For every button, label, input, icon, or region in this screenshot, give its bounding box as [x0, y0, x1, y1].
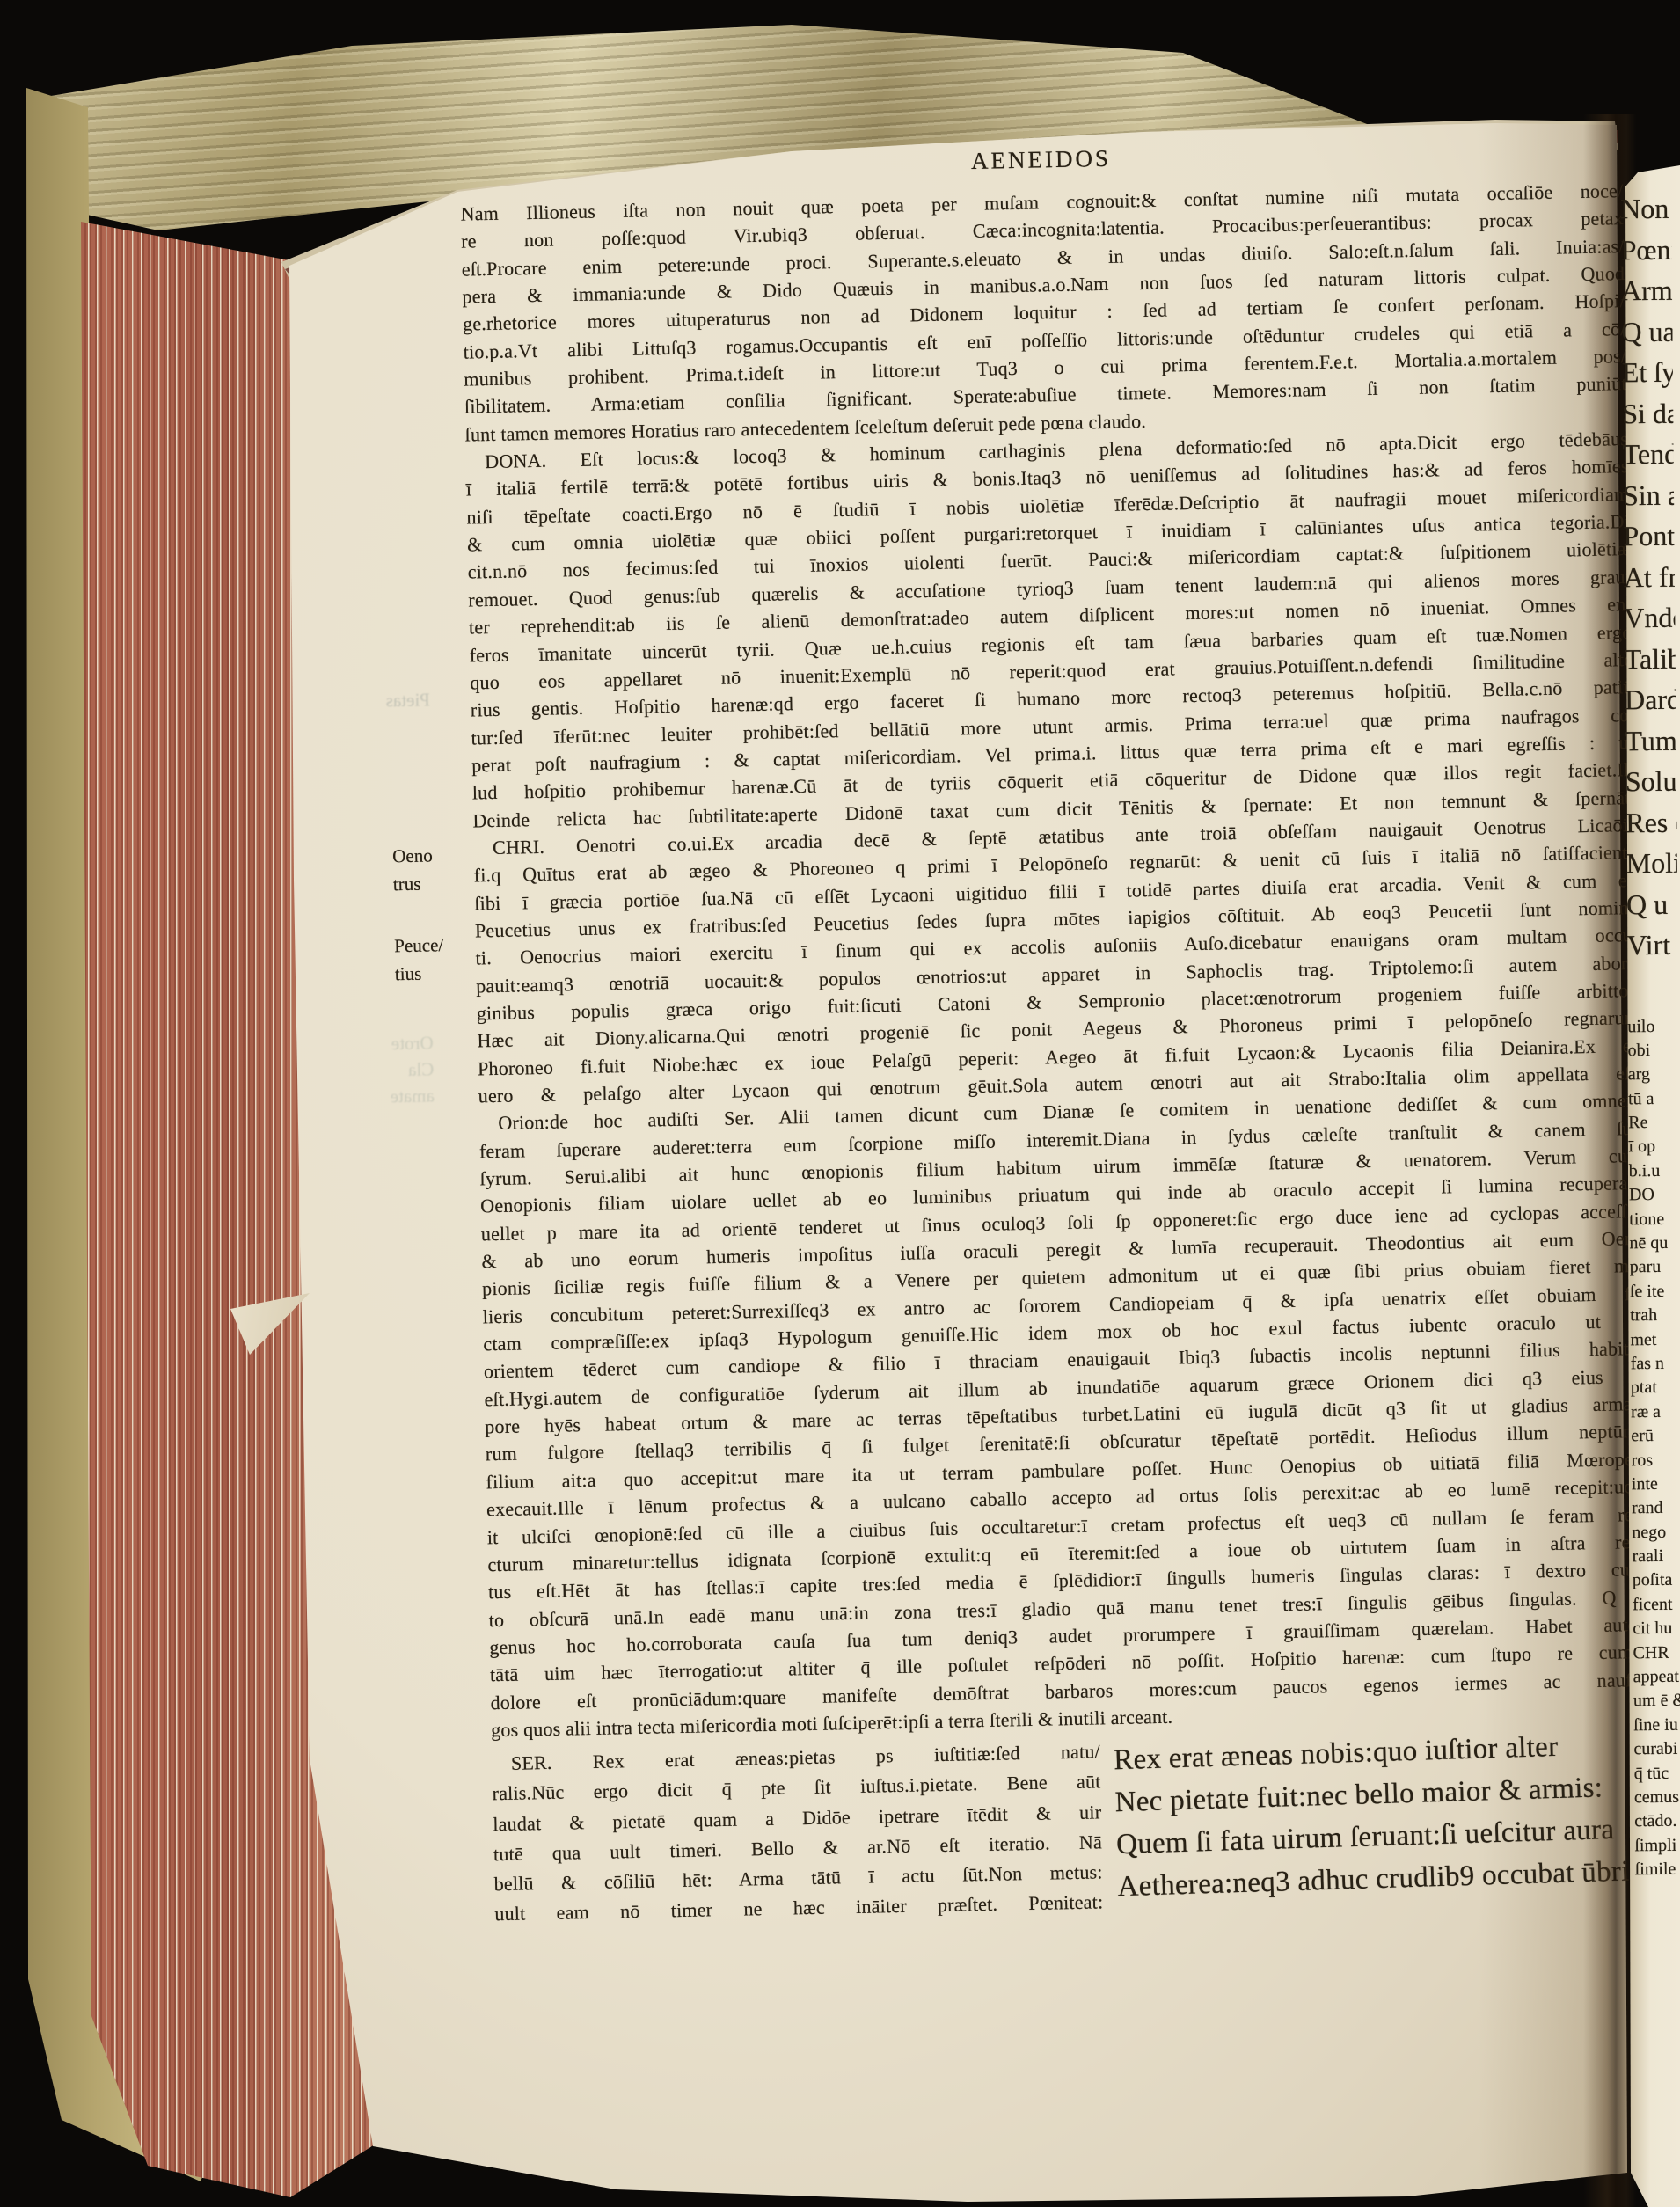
text-line: curabi — [1633, 1737, 1680, 1762]
text-line: ſine iu — [1633, 1714, 1680, 1738]
text-line: Tende — [1622, 434, 1673, 475]
text-line: ræ a — [1631, 1399, 1680, 1424]
text-line: ſe ite — [1630, 1280, 1680, 1304]
text-line: ros — [1631, 1448, 1680, 1473]
right-page-verse-fragments: Non mPœniteArmaqQ uasEt ſyluSi datuTende… — [1620, 188, 1678, 966]
text-line: obi — [1627, 1039, 1678, 1063]
bleedthrough-text-bottom: OroteClaamate — [389, 1029, 435, 1109]
bleedthrough-text-top: Pietas — [385, 686, 430, 713]
text-line: At fre — [1624, 556, 1675, 597]
text-line: nē qu — [1629, 1231, 1680, 1256]
text-line: cemus — [1634, 1786, 1680, 1810]
text-line: q̄ tūc — [1634, 1761, 1680, 1786]
text-line: fas n — [1631, 1352, 1680, 1377]
right-page-gap — [1627, 965, 1678, 1015]
text-line: Pœnite — [1620, 229, 1671, 270]
text-line: Si datu — [1622, 392, 1673, 434]
text-line: um ē & — [1633, 1689, 1680, 1714]
margin-note: Oenotrus — [392, 841, 471, 899]
text-line: ſimile — [1635, 1858, 1680, 1882]
bottom-commentary-column: SER. Rex erat æneas:pietas ps iuſtitiæ:ſ… — [492, 1737, 1104, 1930]
text-line: trah — [1630, 1304, 1680, 1328]
text-line: b.i.u — [1629, 1159, 1680, 1184]
text-line: rand — [1632, 1496, 1680, 1521]
text-line: raali — [1632, 1545, 1680, 1569]
text-line: ſimpli — [1634, 1834, 1680, 1859]
text-line: ctādo. — [1634, 1809, 1680, 1834]
text-line: Orote — [389, 1029, 434, 1056]
text-line: cit hu — [1633, 1617, 1680, 1641]
margin-note-line: Peuce/ — [394, 931, 472, 961]
text-line: Darda — [1625, 679, 1676, 720]
text-line: Re — [1628, 1111, 1679, 1136]
text-line: tione — [1629, 1207, 1680, 1231]
text-line: Armaq — [1621, 270, 1672, 311]
text-line: nego — [1632, 1520, 1680, 1545]
text-line: Moli — [1625, 843, 1676, 884]
text-line: Tum — [1625, 720, 1676, 761]
text-line: Q uas — [1621, 311, 1672, 352]
text-line: Sin as — [1623, 474, 1674, 515]
text-line: CHR — [1633, 1641, 1680, 1665]
text-line: tū a — [1628, 1086, 1679, 1111]
text-line: Talib — [1624, 638, 1675, 679]
text-line: inte — [1632, 1473, 1680, 1497]
text-line: met — [1630, 1327, 1680, 1352]
text-line: uilo — [1627, 1014, 1678, 1039]
text-line: Cla — [390, 1056, 435, 1083]
text-line: paru — [1630, 1255, 1680, 1280]
text-line: Pontu — [1623, 515, 1674, 557]
text-line: ptat — [1631, 1376, 1680, 1400]
text-line: Et ſylu — [1622, 352, 1673, 393]
bottom-columns: SER. Rex erat æneas:pietas ps iuſtitiæ:ſ… — [492, 1726, 1658, 1930]
text-line: ficent — [1633, 1593, 1680, 1618]
text-line: Q u — [1626, 883, 1677, 924]
margin-note: Peuce/tius — [394, 931, 472, 989]
margin-note-line: Oeno — [392, 841, 471, 871]
text-line: ī op — [1628, 1135, 1679, 1159]
text-line: amate — [390, 1082, 435, 1109]
text-line: Res o — [1625, 801, 1676, 843]
book-photograph: AENEIDOS Nam Illioneus iſta non nouit qu… — [0, 0, 1680, 2207]
text-line: erū — [1631, 1424, 1680, 1449]
page-text-block: AENEIDOS Nam Illioneus iſta non nouit qu… — [459, 124, 1659, 2012]
margin-note-line: trus — [393, 869, 471, 899]
text-line: Virt — [1626, 924, 1677, 966]
commentary-lines: Nam Illioneus iſta non nouit quæ poeta p… — [460, 177, 1654, 1743]
margin-note-line: tius — [395, 959, 473, 989]
text-line: poſita — [1633, 1568, 1680, 1593]
right-page-commentary-fragments: uiloobiargtū aReī opb.i.uDOtionenē qupar… — [1627, 1014, 1680, 1882]
text-line: Solui — [1625, 761, 1676, 802]
text-line: DO — [1629, 1183, 1680, 1208]
text-line: arg — [1628, 1063, 1679, 1087]
text-line: Non m — [1620, 188, 1671, 230]
verse-column: Rex erat æneas nobis:quo iuſtior alterNe… — [1113, 1723, 1658, 1920]
text-line: appeat — [1633, 1665, 1680, 1690]
text-line: Vnde — [1624, 597, 1675, 639]
